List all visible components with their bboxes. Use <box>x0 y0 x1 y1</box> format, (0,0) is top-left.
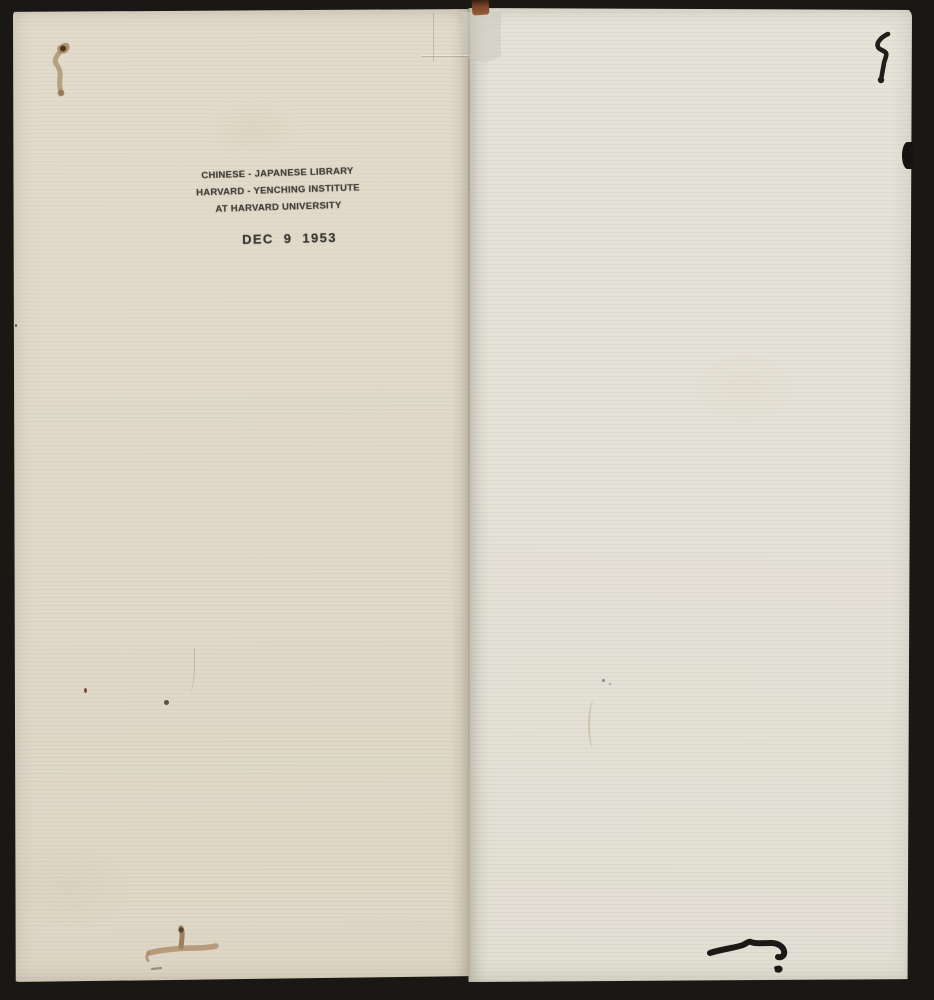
tape-tab <box>471 0 489 16</box>
ink-mark-top-right <box>870 30 896 86</box>
scanner-edge-artifact <box>902 142 913 169</box>
ink-mark-bottom-left <box>140 922 232 976</box>
right-page <box>469 8 912 982</box>
ink-mark-bottom-right <box>704 928 800 982</box>
paper-speck <box>84 688 87 693</box>
date-stamp: DEC 9 1953 <box>237 230 342 247</box>
tape-remnant <box>462 12 501 63</box>
left-page <box>13 9 469 982</box>
paper-speck <box>164 700 169 705</box>
book-scan: CHINESE - JAPANESE LIBRARY HARVARD - YEN… <box>0 0 934 1000</box>
paper-speck <box>15 324 17 327</box>
ink-mark-top-left <box>46 38 76 98</box>
library-stamp: CHINESE - JAPANESE LIBRARY HARVARD - YEN… <box>186 162 370 219</box>
gutter-crease <box>468 8 470 982</box>
paper-speck <box>609 683 611 685</box>
paper-speck <box>602 679 605 682</box>
